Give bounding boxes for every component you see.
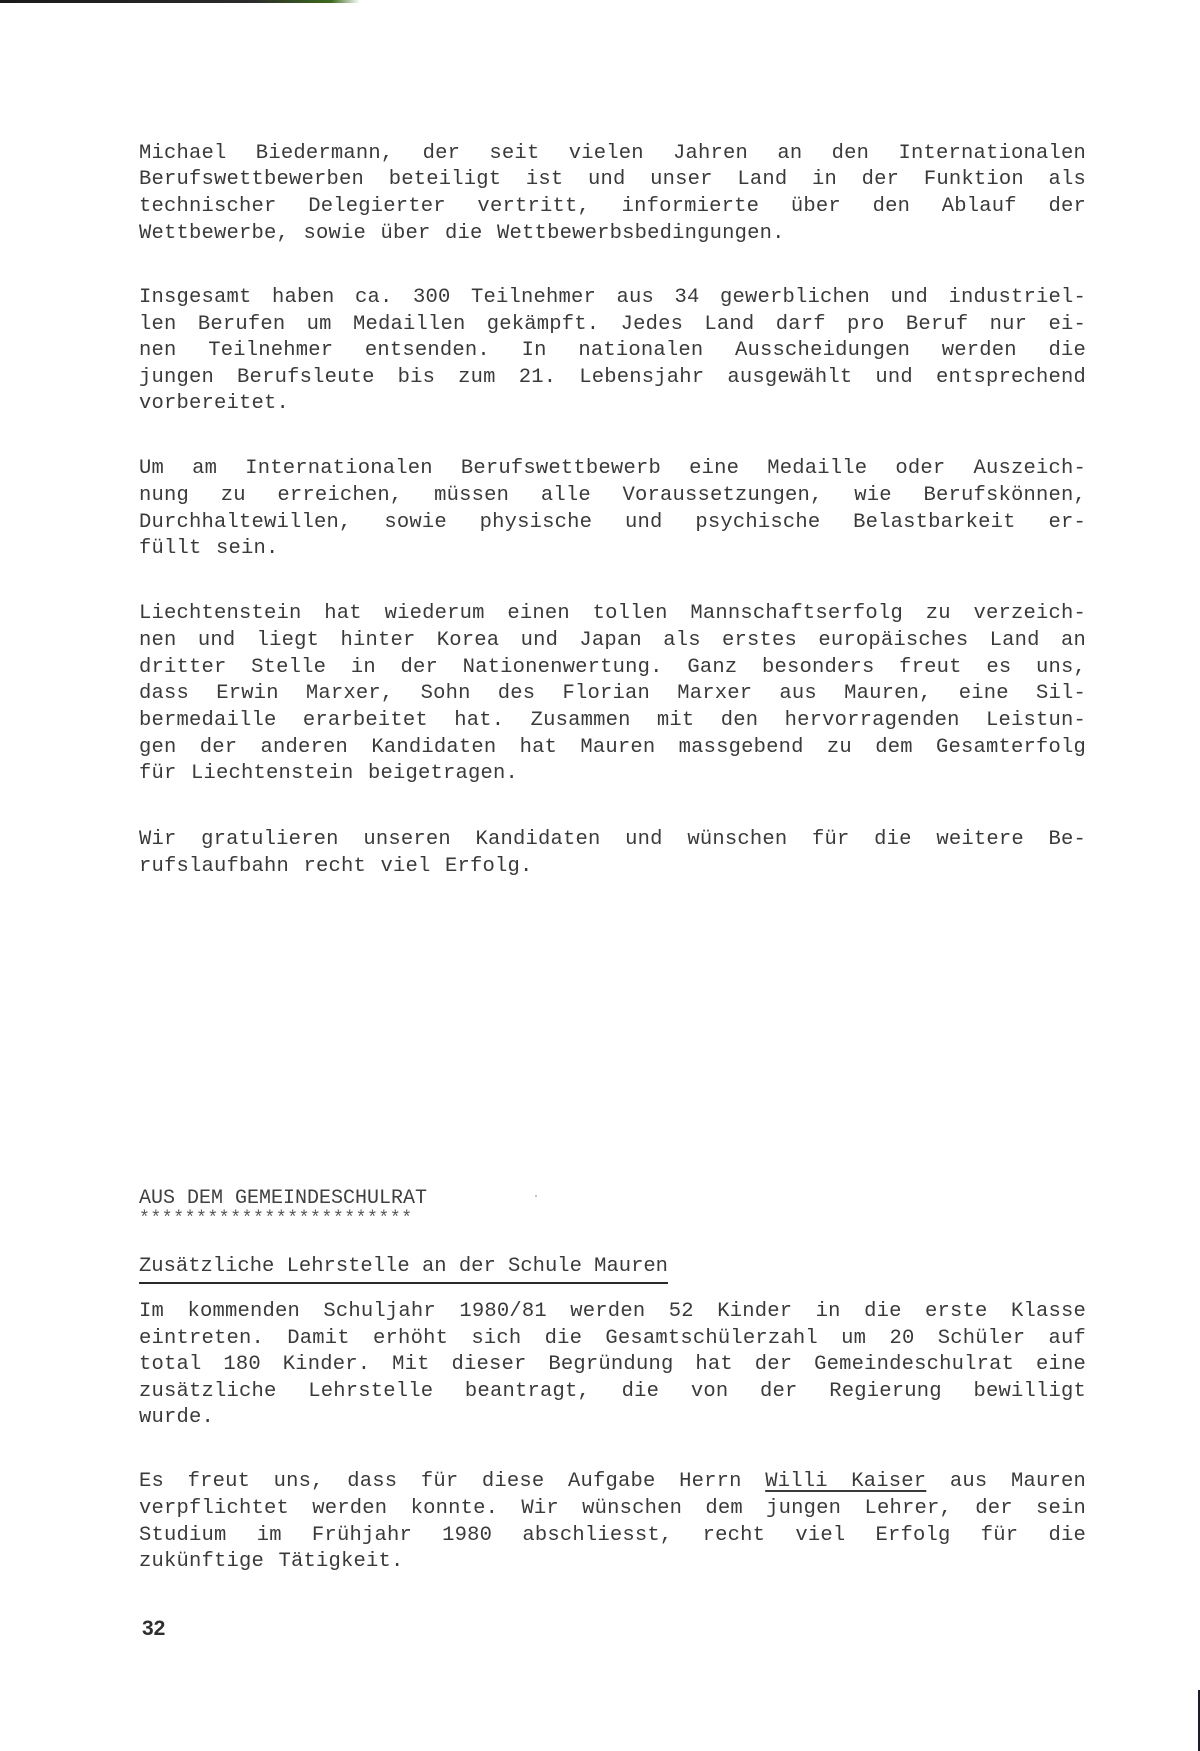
text-line: rufslaufbahn recht viel Erfolg. <box>139 853 1086 881</box>
text-line: Durchhaltewillen, sowie physische und ps… <box>139 509 1086 537</box>
text-line: gen der anderen Kandidaten hat Mauren ma… <box>139 734 1086 762</box>
document-page: Michael Biedermann, der seit vielen Jahr… <box>0 0 1200 1751</box>
text-line: eintreten. Damit erhöht sich die Gesamts… <box>139 1325 1086 1353</box>
text-line: nen Teilnehmer entsenden. In nationalen … <box>139 337 1086 365</box>
text-line: vorbereitet. <box>139 390 1086 418</box>
text-line: total 180 Kinder. Mit dieser Begründung … <box>139 1351 1086 1379</box>
page-number: 32 <box>142 1617 165 1641</box>
text-fragment: aus Mauren <box>950 1470 1086 1493</box>
text-line: jungen Berufsleute bis zum 21. Lebensjah… <box>139 364 1086 392</box>
section-heading-stars: ************************ <box>139 1210 413 1228</box>
text-fragment: Es freut uns, dass für diese Aufgabe Her… <box>139 1470 742 1493</box>
text-line: Im kommenden Schuljahr 1980/81 werden 52… <box>139 1298 1086 1326</box>
text-line: Liechtenstein hat wiederum einen tollen … <box>139 600 1086 628</box>
text-line: Insgesamt haben ca. 300 Teilnehmer aus 3… <box>139 284 1086 312</box>
text-line: nen und liegt hinter Korea und Japan als… <box>139 627 1086 655</box>
text-line: füllt sein. <box>139 535 1086 563</box>
text-line: Studium im Frühjahr 1980 abschliesst, re… <box>139 1522 1086 1550</box>
text-line: Wir gratulieren unseren Kandidaten und w… <box>139 826 1086 854</box>
text-line: dritter Stelle in der Nationenwertung. G… <box>139 654 1086 682</box>
text-line: für Liechtenstein beigetragen. <box>139 760 1086 788</box>
text-line: technischer Delegierter vertritt, inform… <box>139 193 1086 221</box>
text-line: dass Erwin Marxer, Sohn des Florian Marx… <box>139 680 1086 708</box>
scan-speck <box>535 1195 537 1197</box>
text-line: Michael Biedermann, der seit vielen Jahr… <box>139 140 1086 168</box>
article-subheading: Zusätzliche Lehrstelle an der Schule Mau… <box>139 1253 668 1284</box>
text-line: verpflichtet werden konnte. Wir wünschen… <box>139 1495 1086 1523</box>
text-line: bermedaille erarbeitet hat. Zusammen mit… <box>139 707 1086 735</box>
underlined-name: Willi Kaiser <box>765 1470 926 1493</box>
text-line: zusätzliche Lehrstelle beantragt, die vo… <box>139 1378 1086 1406</box>
text-line: Wettbewerbe, sowie über die Wettbewerbsb… <box>139 220 1086 248</box>
text-line: Um am Internationalen Berufswettbewerb e… <box>139 455 1086 483</box>
text-line: Berufswettbewerben beteiligt ist und uns… <box>139 166 1086 194</box>
text-line: wurde. <box>139 1404 1086 1432</box>
text-line: nung zu erreichen, müssen alle Vorausset… <box>139 482 1086 510</box>
text-line: len Berufen um Medaillen gekämpft. Jedes… <box>139 311 1086 339</box>
text-line: zukünftige Tätigkeit. <box>139 1548 1086 1576</box>
text-line: Es freut uns, dass für diese Aufgabe Her… <box>139 1468 1086 1496</box>
